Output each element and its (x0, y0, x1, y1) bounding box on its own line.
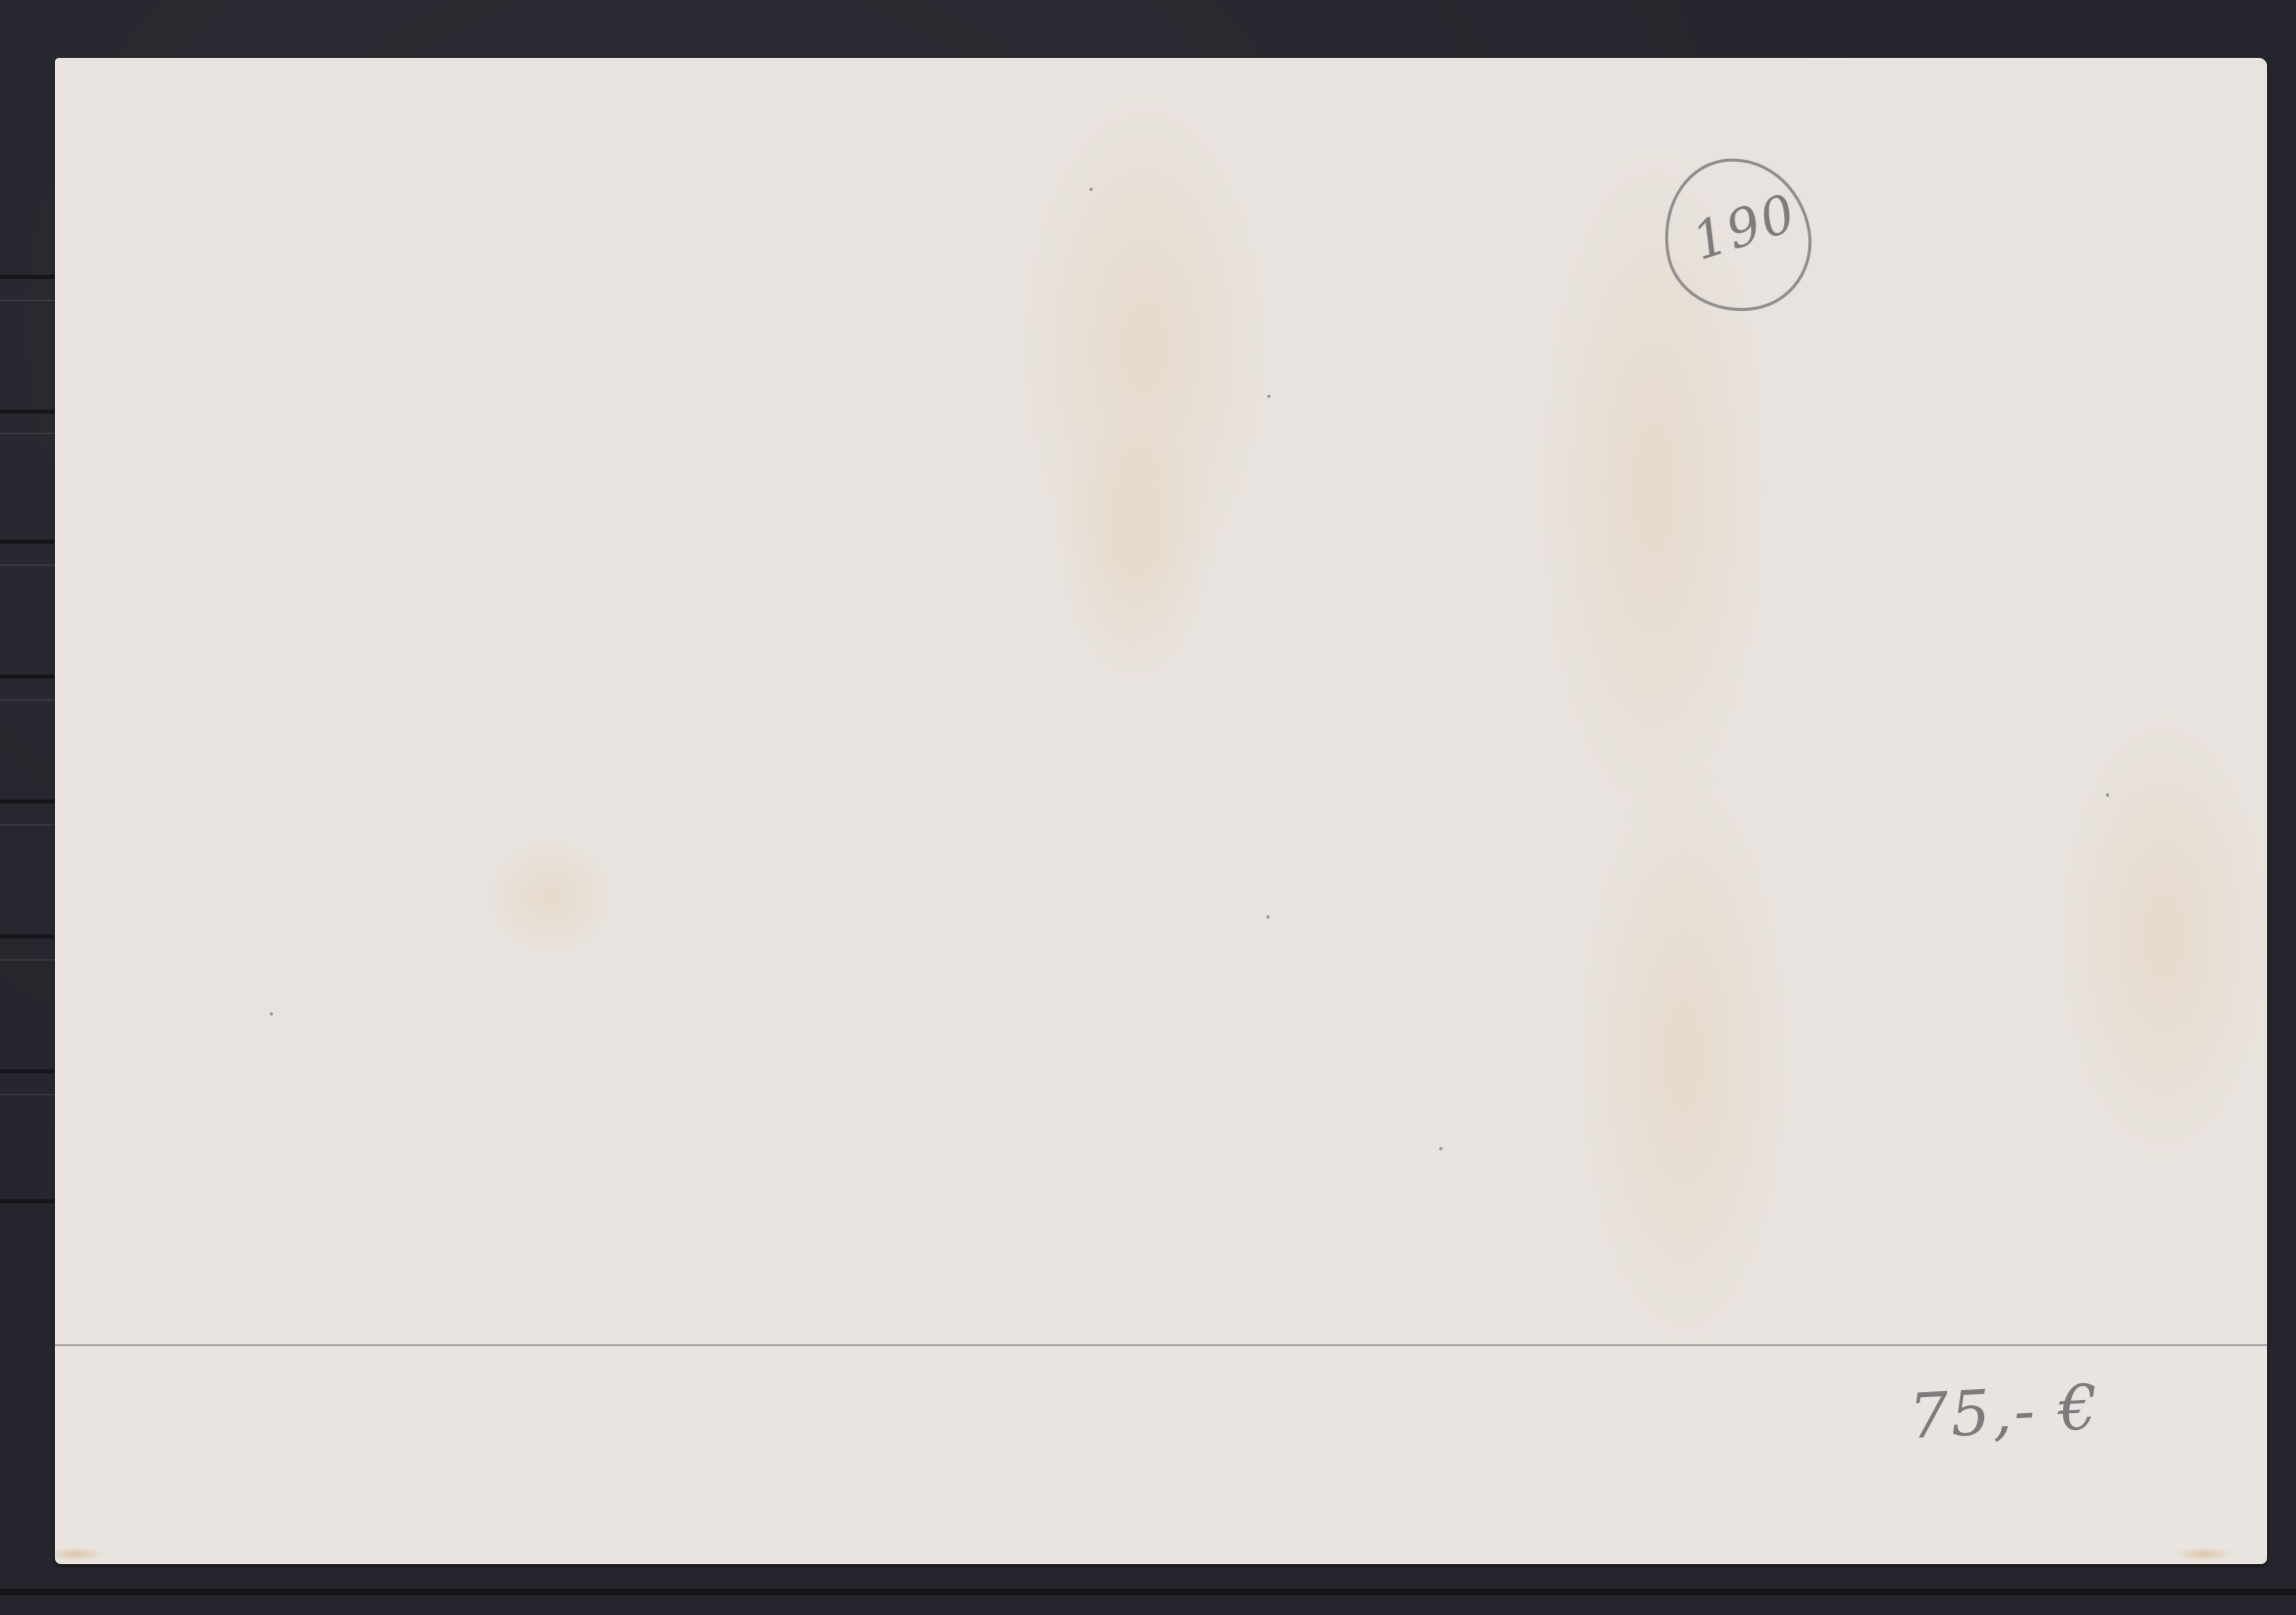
mount-strip (0, 824, 60, 825)
postcard-back: 190 75,- € (55, 58, 2267, 1564)
mount-strip (0, 934, 60, 938)
paper-speck (270, 1012, 273, 1015)
foxing-stain (1574, 758, 1794, 1357)
price-note: 75,- € (1907, 1370, 2101, 1453)
mount-strip (0, 800, 60, 804)
mount-bottom-edge (0, 1589, 2296, 1595)
paper-speck (1439, 1147, 1442, 1150)
mount-strip (0, 959, 60, 960)
paper-speck (1090, 188, 1093, 191)
foxing-stain (2054, 708, 2267, 1167)
paper-speck (1267, 395, 1270, 398)
mount-strip (0, 433, 60, 434)
mount-strip (0, 540, 60, 544)
protective-sleeve-strip (55, 1344, 2267, 1564)
mount-strip (0, 700, 60, 701)
mount-strip (0, 1069, 60, 1073)
paper-speck (1266, 915, 1269, 918)
foxing-stain (1055, 408, 1214, 688)
mount-strip (0, 410, 60, 414)
mount-strip (0, 1094, 60, 1095)
paper-speck (2106, 794, 2109, 797)
mount-strip (0, 565, 60, 566)
mount-strip (0, 275, 60, 279)
mount-strip (0, 675, 60, 679)
mount-strip (0, 300, 60, 301)
foxing-stain (485, 837, 615, 957)
mount-strip (0, 1199, 60, 1203)
